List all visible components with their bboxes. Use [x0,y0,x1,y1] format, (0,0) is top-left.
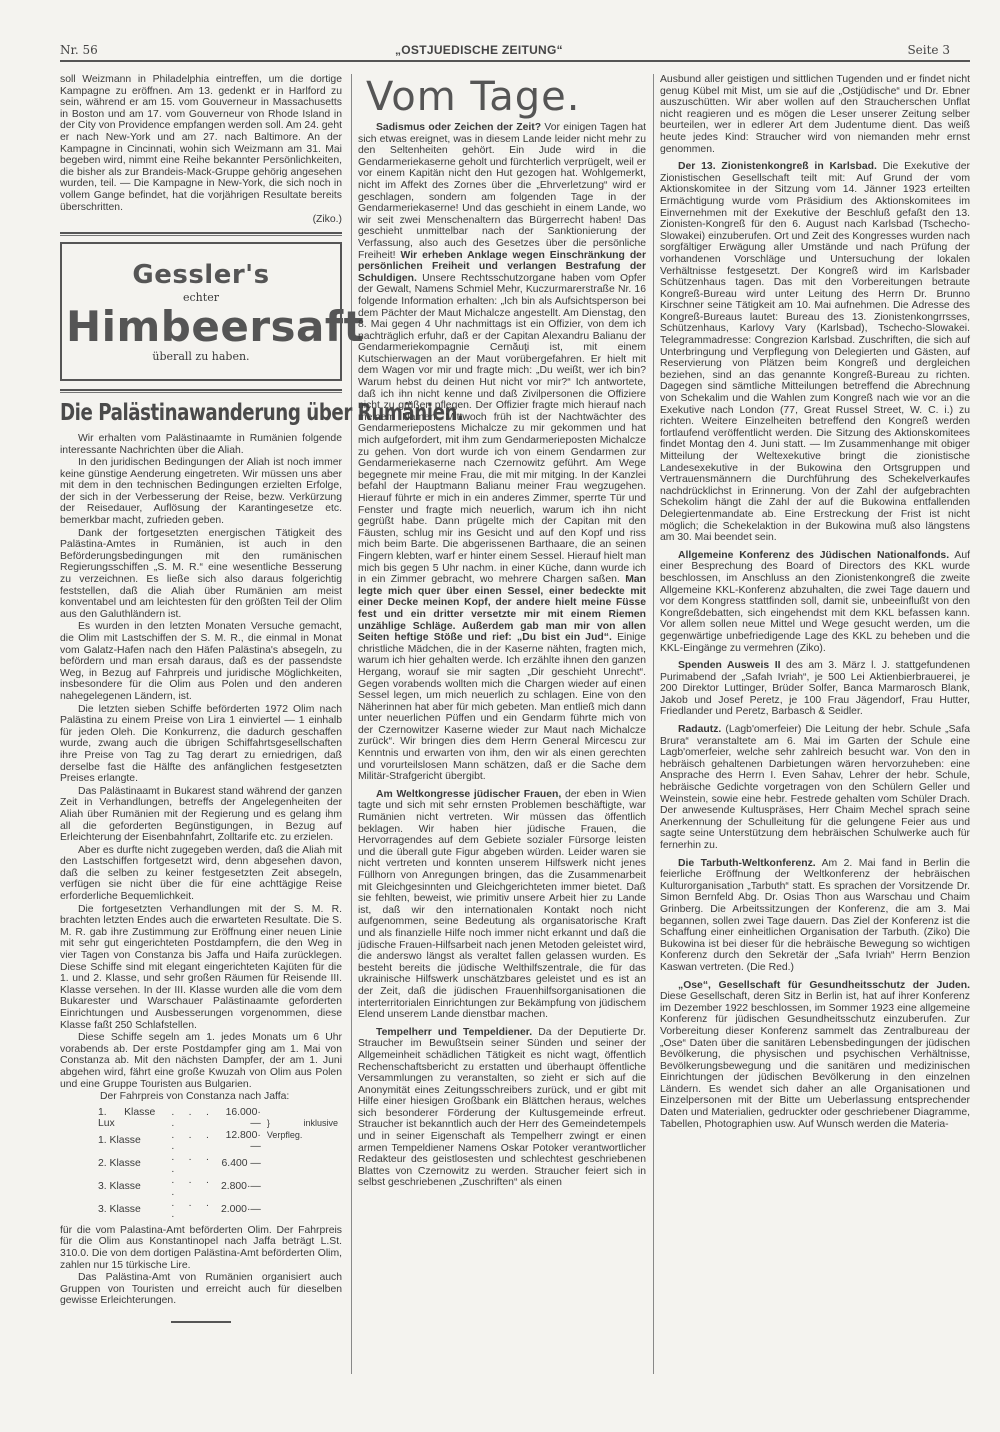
article-text: Da der Deputierte Dr. Straucher im Bewuß… [358,1027,646,1189]
article-text: der eben in Wien tagte und sich mit sehr… [358,789,646,1020]
article-title: Radautz. [678,724,721,735]
article-title: Die Tarbuth-Weltkonferenz. [678,858,816,869]
fare-row: 2. Klasse . . . . 6.400 — [98,1152,342,1175]
radautz-article: Radautz. (Lagb'omerfeier) Die Leitung de… [660,724,970,852]
ose-article: „Ose“, Gesellschaft für Gesundheitsschut… [660,980,970,1131]
fare-row: 3. Klasse . . . . 2.800·— [98,1175,342,1198]
fare-note: } inklusive Verpfleg. [263,1107,342,1153]
article-title: Spenden Ausweis II [678,660,781,671]
weltkongress-article: Am Weltkongresse jüdischer Frauen, der e… [358,789,646,1021]
article-headline: Die Palästinawanderung über Rumänien. [60,399,308,427]
fare-class: 3. Klasse [98,1175,159,1198]
page-header: Nr. 56 „OSTJUEDISCHE ZEITUNG“ Seite 3 [60,40,970,62]
article-text: Unsere Rechtsschutzorgane haben vom Opfe… [358,273,646,585]
page-number: Seite 3 [907,43,950,57]
article-title: Allgemeine Konferenz des Jüdischen Natio… [678,550,949,561]
article-title: Der 13. Zionistenkongreß in Karlsbad. [678,161,877,172]
ad-brand: Gessler's [66,260,336,290]
section-headline: Vom Tage. [366,76,646,118]
article-text: Am 2. Mai fand in Berlin die feierliche … [660,858,970,973]
fare-dots: . . . . [159,1152,217,1175]
advertisement: Gessler's echter Himbeersaft überall zu … [60,242,342,381]
fare-dots: . . . . [159,1130,217,1153]
column-divider [653,74,654,1374]
article-text: Auf einer Besprechung des Board of Direc… [660,550,970,654]
fare-price: 12.800·— [217,1130,263,1153]
fare-class: 1. Klasse Lux [98,1107,159,1130]
fare-dots: . . . . [159,1198,217,1221]
fare-dots: . . . . [159,1107,217,1130]
ad-tagline: überall zu haben. [66,351,336,363]
tarbuth-article: Die Tarbuth-Weltkonferenz. Am 2. Mai fan… [660,858,970,974]
tempelherr-article: Tempelherr und Tempeldiener. Da der Depu… [358,1027,646,1189]
article-text: Diese Gesellschaft, deren Sitz in Berlin… [660,991,970,1130]
paragraph: für die vom Palastina-Amt beförderten Ol… [60,1225,342,1271]
fare-class: 3. Klasse [98,1198,159,1221]
fare-table: 1. Klasse Lux . . . . 16.000·— } inklusi… [98,1107,342,1221]
fare-row: 3. Klasse . . . . 2.000·— [98,1198,342,1221]
kongress-article: Der 13. Zionistenkongreß in Karlsbad. Di… [660,161,970,544]
paragraph: Die letzten sieben Schiffe beförderten 1… [60,704,342,785]
ad-product: Himbeersaft [66,305,336,349]
paragraph: Diese Schiffe segeln am 1. jedes Monats … [60,1032,342,1090]
column-right: Ausbund aller geistigen und sittlichen T… [660,74,970,1131]
paragraph: Die fortgesetzten Verhandlungen mit der … [60,904,342,1032]
fare-intro: Der Fahrpreis von Constanza nach Jaffa: [60,1091,342,1103]
fare-price: 16.000·— [217,1107,263,1130]
fare-dots: . . . . [159,1175,217,1198]
column-left: soll Weizmann in Philadelphia eintreffen… [60,74,342,1323]
paragraph: Wir erhalten vom Palästinaamte in Rumäni… [60,433,342,456]
article-title: „Ose“, Gesellschaft für Gesundheitsschut… [678,980,970,991]
column-divider [351,74,352,1374]
divider [60,232,342,236]
issue-number: Nr. 56 [60,43,98,57]
paragraph: Aber es durfte nicht zugegeben werden, d… [60,845,342,903]
fare-row: 1. Klasse Lux . . . . 16.000·— } inklusi… [98,1107,342,1130]
fare-price: 2.000·— [217,1198,263,1221]
newspaper-title: „OSTJUEDISCHE ZEITUNG“ [395,43,563,57]
article-text: Die Exekutive der Zionistischen Gesellsc… [660,161,970,543]
divider [60,389,342,393]
newspaper-page: Nr. 56 „OSTJUEDISCHE ZEITUNG“ Seite 3 so… [0,0,1000,1432]
weizmann-article: soll Weizmann in Philadelphia eintreffen… [60,74,342,213]
konferenz-article: Allgemeine Konferenz des Jüdischen Natio… [660,550,970,654]
spenden-article: Spenden Ausweis II des am 3. März l. J. … [660,660,970,718]
end-rule [171,1321,231,1323]
paragraph: In den juridischen Bedingungen der Aliah… [60,457,342,527]
paragraph: Es wurden in den letzten Monaten Versuch… [60,621,342,702]
sadismus-article: Sadismus oder Zeichen der Zeit? Vor eini… [358,122,646,783]
article-title: Tempelherr und Tempeldiener. [376,1027,532,1038]
column-middle: Vom Tage. Sadismus oder Zeichen der Zeit… [358,74,646,1190]
continuation-text: Ausbund aller geistigen und sittlichen T… [660,74,970,155]
paragraph: Dank der fortgesetzten energischen Tätig… [60,528,342,621]
paragraph: Das Palästinaamt in Bukarest stand währe… [60,786,342,844]
article-title: Am Weltkongresse jüdischer Frauen, [376,789,561,800]
fare-class: 2. Klasse [98,1152,159,1175]
fare-class: 1. Klasse [98,1130,159,1153]
article-text: (Lagb'omerfeier) Die Leitung der hebr. S… [660,724,970,851]
fare-price: 2.800·— [217,1175,263,1198]
fare-price: 6.400 — [217,1152,263,1175]
paragraph: Das Palästina-Amt von Rumänien organisie… [60,1272,342,1307]
signature: (Ziko.) [60,214,342,226]
article-title: Sadismus oder Zeichen der Zeit? [376,122,541,133]
article-text: Vor einigen Tagen hat sich etwas ereigne… [358,122,646,261]
article-text: Einige christliche Mädchen, die in der K… [358,632,646,782]
